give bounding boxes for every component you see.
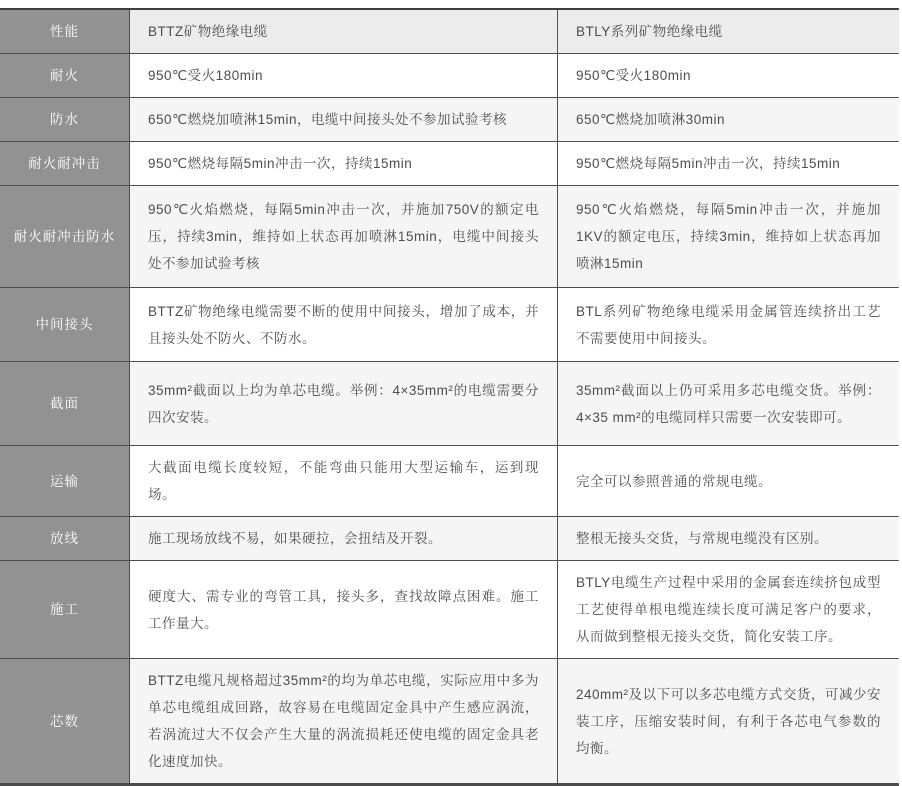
table-row-waterproof: 防水 650℃燃烧加喷淋15min，电缆中间接头处不参加试验考核 650℃燃烧加… (0, 98, 898, 142)
table-row-construction: 施工 硬度大、需专业的弯管工具，接头多，查找故障点困难。施工工作量大。 BTLY… (0, 561, 898, 659)
table-row-fire-impact-waterproof: 耐火耐冲击防水 950℃火焰燃烧，每隔5min冲击一次，并施加750V的额定电压… (0, 186, 898, 288)
bttz-cell: 硬度大、需专业的弯管工具，接头多，查找故障点困难。施工工作量大。 (130, 561, 558, 658)
row-label: 放线 (0, 517, 130, 560)
table-row-fire-resistance: 耐火 950℃受火180min 950℃受火180min (0, 54, 898, 98)
bttz-cell: BTTZ矿物绝缘电缆需要不断的使用中间接头，增加了成本，并且接头处不防火、不防水… (130, 288, 558, 361)
table-header-row: 性能 BTTZ矿物绝缘电缆 BTLY系列矿物绝缘电缆 (0, 10, 898, 54)
table-row-core-count: 芯数 BTTZ电缆凡规格超过35mm²的均为单芯电缆，实际应用中多为单芯电缆组成… (0, 659, 898, 783)
row-label: 运输 (0, 446, 130, 516)
table-row-cross-section: 截面 35mm²截面以上均为单芯电缆。举例：4×35mm²的电缆需要分四次安装。… (0, 362, 898, 446)
row-label: 截面 (0, 362, 130, 445)
table-row-paying-off: 放线 施工现场放线不易，如果硬拉，会扭结及开裂。 整根无接头交货，与常规电缆没有… (0, 517, 898, 561)
row-label: 耐火 (0, 54, 130, 97)
row-label: 中间接头 (0, 288, 130, 361)
btly-cell: 35mm²截面以上仍可采用多芯电缆交货。举例：4×35 mm²的电缆同样只需要一… (558, 362, 899, 445)
cable-comparison-table: 性能 BTTZ矿物绝缘电缆 BTLY系列矿物绝缘电缆 耐火 950℃受火180m… (0, 8, 899, 786)
table-row-intermediate-joint: 中间接头 BTTZ矿物绝缘电缆需要不断的使用中间接头，增加了成本，并且接头处不防… (0, 288, 898, 362)
bttz-cell: 35mm²截面以上均为单芯电缆。举例：4×35mm²的电缆需要分四次安装。 (130, 362, 558, 445)
btly-cell: BTLY电缆生产过程中采用的金属套连续挤包成型工艺使得单根电缆连续长度可满足客户… (558, 561, 899, 658)
column-header-property: 性能 (0, 10, 130, 53)
row-label: 防水 (0, 98, 130, 141)
table-row-transport: 运输 大截面电缆长度较短，不能弯曲只能用大型运输车，运到现场。 完全可以参照普通… (0, 446, 898, 517)
column-header-btly: BTLY系列矿物绝缘电缆 (558, 10, 899, 53)
btly-cell: BTL系列矿物绝缘电缆采用金属管连续挤出工艺不需要使用中间接头。 (558, 288, 899, 361)
btly-cell: 950℃燃烧每隔5min冲击一次，持续15min (558, 142, 899, 185)
row-label: 芯数 (0, 659, 130, 783)
btly-cell: 950℃火焰燃烧，每隔5min冲击一次，并施加1KV的额定电压，持续3min，维… (558, 186, 899, 287)
row-label: 耐火耐冲击防水 (0, 186, 130, 287)
btly-cell: 650℃燃烧加喷淋30min (558, 98, 899, 141)
bttz-cell: 950℃火焰燃烧，每隔5min冲击一次，并施加750V的额定电压，持续3min，… (130, 186, 558, 287)
bttz-cell: 施工现场放线不易，如果硬拉，会扭结及开裂。 (130, 517, 558, 560)
btly-cell: 整根无接头交货，与常规电缆没有区别。 (558, 517, 899, 560)
btly-cell: 240mm²及以下可以多芯电缆方式交货，可减少安装工序，压缩安装时间，有利于各芯… (558, 659, 899, 783)
column-header-bttz: BTTZ矿物绝缘电缆 (130, 10, 558, 53)
bttz-cell: 950℃燃烧每隔5min冲击一次，持续15min (130, 142, 558, 185)
bttz-cell: BTTZ电缆凡规格超过35mm²的均为单芯电缆，实际应用中多为单芯电缆组成回路，… (130, 659, 558, 783)
bttz-cell: 950℃受火180min (130, 54, 558, 97)
row-label: 施工 (0, 561, 130, 658)
bttz-cell: 650℃燃烧加喷淋15min，电缆中间接头处不参加试验考核 (130, 98, 558, 141)
btly-cell: 完全可以参照普通的常规电缆。 (558, 446, 899, 516)
table-row-fire-impact: 耐火耐冲击 950℃燃烧每隔5min冲击一次，持续15min 950℃燃烧每隔5… (0, 142, 898, 186)
row-label: 耐火耐冲击 (0, 142, 130, 185)
bttz-cell: 大截面电缆长度较短，不能弯曲只能用大型运输车，运到现场。 (130, 446, 558, 516)
btly-cell: 950℃受火180min (558, 54, 899, 97)
